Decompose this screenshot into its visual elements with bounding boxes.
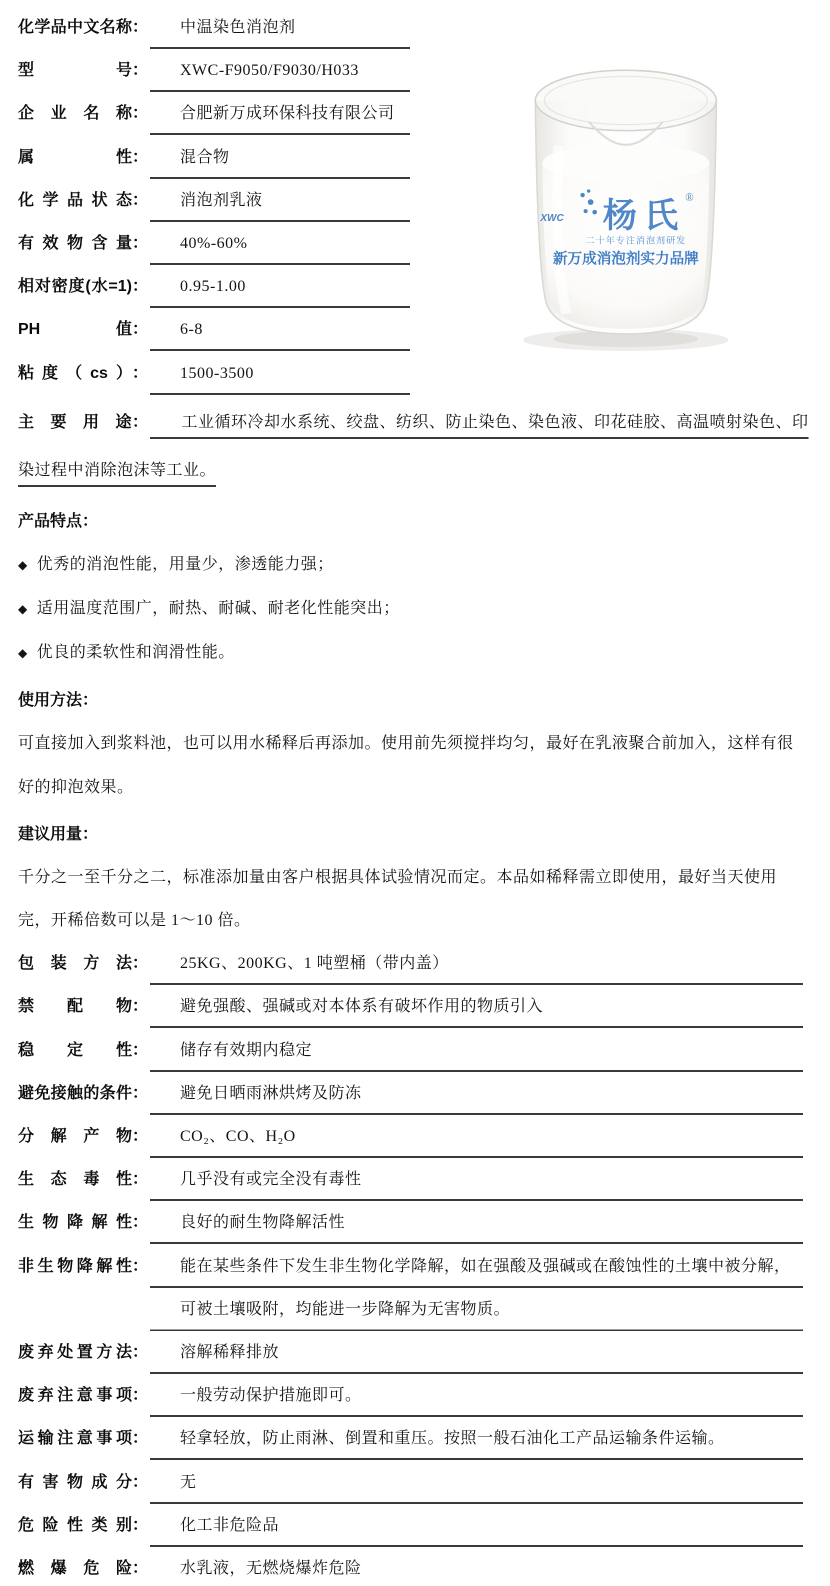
section-heading: 建议用量： <box>18 813 803 856</box>
feature-bullet-text: 适用温度范围广，耐热、耐碱、耐老化性能突出； <box>37 600 400 617</box>
field-row: 废弃处置方法：溶解稀释排放 <box>18 1331 803 1374</box>
field-label: 生物降解性： <box>18 1201 150 1244</box>
field-label: 非生物降解性： <box>18 1245 150 1288</box>
field-label-text: 废弃处置方法 <box>18 1331 132 1374</box>
product-spec-sheet: 化学品中文名称：中温染色消泡剂型号：XWC-F9050/F9030/H033企业… <box>0 0 830 1586</box>
bottom-field-list: 包装方法：25KG、200KG、1 吨塑桶（带内盖）禁配物：避免强酸、强碱或对本… <box>18 942 803 1586</box>
field-value: 水乳液，无燃烧爆炸危险 <box>150 1547 803 1586</box>
field-value: 0.95-1.00 <box>150 265 410 308</box>
label-colon: ： <box>132 985 148 1028</box>
field-label: 稳定性： <box>18 1029 150 1072</box>
field-label: 燃爆危险： <box>18 1547 150 1586</box>
field-value: 避免强酸、强碱或对本体系有破坏作用的物质引入 <box>150 985 803 1028</box>
field-value: 几乎没有或完全没有毒性 <box>150 1158 803 1201</box>
field-label: 避免接触的条件： <box>18 1072 150 1115</box>
field-value: 化工非危险品 <box>150 1504 803 1547</box>
diamond-bullet-icon: ◆ <box>18 646 28 660</box>
field-label-text: 型号 <box>18 49 132 92</box>
field-label: 有效物含量： <box>18 222 150 265</box>
diamond-bullet-icon: ◆ <box>18 558 28 572</box>
brand-name: 杨氏 <box>603 197 685 235</box>
label-colon: ： <box>132 179 148 222</box>
label-colon: ： <box>132 1115 148 1158</box>
field-row: 生态毒性：几乎没有或完全没有毒性 <box>18 1158 803 1201</box>
field-label: 禁配物： <box>18 985 150 1028</box>
label-colon: ： <box>132 1072 148 1115</box>
field-label: 粘度（cs）： <box>18 352 150 395</box>
field-value: 25KG、200KG、1 吨塑桶（带内盖） <box>150 942 803 985</box>
field-label: PH值： <box>18 308 150 351</box>
field-label: 废弃注意事项： <box>18 1374 150 1417</box>
section-paragraph: 可直接加入到浆料池，也可以用水稀释后再添加。使用前先须搅拌均匀，最好在乳液聚合前… <box>18 722 803 808</box>
field-label-text: 相对密度(水=1) <box>18 265 132 308</box>
field-label-text: 分解产物 <box>18 1115 132 1158</box>
field-value: 良好的耐生物降解活性 <box>150 1201 803 1244</box>
field-row: 分解产物：CO₂、CO、H₂O <box>18 1115 803 1158</box>
field-label: 分解产物： <box>18 1115 150 1158</box>
label-colon: ： <box>132 1029 148 1072</box>
field-value: XWC-F9050/F9030/H033 <box>150 49 410 92</box>
section-paragraph: 千分之一至千分之二，标准添加量由客户根据具体试验情况而定。本品如稀释需立即使用，… <box>18 856 803 942</box>
field-label-text: 化学品状态 <box>18 179 132 222</box>
field-row: 包装方法：25KG、200KG、1 吨塑桶（带内盖） <box>18 942 803 985</box>
field-value: 无 <box>150 1461 803 1504</box>
label-colon: ： <box>132 1201 148 1244</box>
feature-bullet-text: 优良的柔软性和润滑性能。 <box>37 644 235 661</box>
feature-bullet: ◆优秀的消泡性能，用量少，渗透能力强； <box>18 543 803 587</box>
field-value: 轻拿轻放，防止雨淋、倒置和重压。按照一般石油化工产品运输条件运输。 <box>150 1417 803 1460</box>
feature-bullet-text: 优秀的消泡性能，用量少，渗透能力强； <box>37 556 334 573</box>
product-photo-beaker: XWC 杨氏 ® 二十年专注消泡剂研发 新万成消泡剂实力品牌 <box>498 20 800 354</box>
logo-text-xwc: XWC <box>539 213 564 224</box>
field-label-text: 包装方法 <box>18 942 132 985</box>
label-colon: ： <box>132 1158 148 1201</box>
section-heading: 使用方法： <box>18 679 803 722</box>
label-colon: ： <box>132 265 148 308</box>
field-row: 生物降解性：良好的耐生物降解活性 <box>18 1201 803 1244</box>
brand-banner: 新万成消泡剂实力品牌 <box>553 249 699 267</box>
field-label: 属性： <box>18 136 150 179</box>
field-label-text: 运输注意事项 <box>18 1417 132 1460</box>
field-label-text: 化学品中文名称 <box>18 6 132 49</box>
label-colon: ： <box>132 136 148 179</box>
logo-dot <box>588 199 594 205</box>
field-label: 危险性类别： <box>18 1504 150 1547</box>
label-colon: ： <box>132 399 149 448</box>
field-value: 1500-3500 <box>150 352 410 395</box>
field-value: 避免日晒雨淋烘烤及防冻 <box>150 1072 803 1115</box>
section-heading: 产品特点： <box>18 500 803 543</box>
label-colon: ： <box>132 942 148 985</box>
field-label-text: PH值 <box>18 308 132 351</box>
field-row: 稳定性：储存有效期内稳定 <box>18 1029 803 1072</box>
field-value: 中温染色消泡剂 <box>150 6 410 49</box>
field-row: 粘度（cs）：1500-3500 <box>18 352 803 395</box>
logo-dot <box>592 210 597 215</box>
field-row: 避免接触的条件：避免日晒雨淋烘烤及防冻 <box>18 1072 803 1115</box>
field-value: 混合物 <box>150 136 410 179</box>
label-colon: ： <box>132 352 148 395</box>
diamond-bullet-icon: ◆ <box>18 602 28 616</box>
label-colon: ： <box>132 1461 148 1504</box>
label-colon: ： <box>132 92 148 135</box>
beaker-rim <box>535 70 716 130</box>
field-row: 燃爆危险：水乳液，无燃烧爆炸危险 <box>18 1547 803 1586</box>
field-value: 合肥新万成环保科技有限公司 <box>150 92 410 135</box>
field-label: 化学品中文名称： <box>18 6 150 49</box>
field-value: CO₂、CO、H₂O <box>150 1115 803 1158</box>
field-row: 非生物降解性：能在某些条件下发生非生物化学降解，如在强酸及强碱或在酸蚀性的土壤中… <box>18 1245 803 1331</box>
field-label: 相对密度(水=1)： <box>18 265 150 308</box>
field-value: 储存有效期内稳定 <box>150 1029 803 1072</box>
field-value: 一般劳动保护措施即可。 <box>150 1374 803 1417</box>
text-sections: 产品特点：◆优秀的消泡性能，用量少，渗透能力强；◆适用温度范围广，耐热、耐碱、耐… <box>18 500 803 942</box>
field-value: 能在某些条件下发生非生物化学降解，如在强酸及强碱或在酸蚀性的土壤中被分解，可被土… <box>150 1245 803 1331</box>
label-colon: ： <box>132 1547 148 1586</box>
field-value: 6-8 <box>150 308 410 351</box>
logo-dot <box>584 209 588 213</box>
field-label-text: 燃爆危险 <box>18 1547 132 1586</box>
field-label-text: 生态毒性 <box>18 1158 132 1201</box>
field-label: 主要用途： <box>18 399 150 448</box>
field-row-main-use: 主要用途：工业循环冷却水系统、绞盘、纺织、防止染色、染色液、印花硅胶、高温喷射染… <box>18 399 817 496</box>
label-colon: ： <box>132 1417 148 1460</box>
feature-bullet: ◆适用温度范围广，耐热、耐碱、耐老化性能突出； <box>18 587 803 631</box>
field-label: 包装方法： <box>18 942 150 985</box>
field-label-text: 粘度（cs） <box>18 352 132 395</box>
field-value: 消泡剂乳液 <box>150 179 410 222</box>
field-value: 40%-60% <box>150 222 410 265</box>
field-label-text: 稳定性 <box>18 1029 132 1072</box>
field-row: 废弃注意事项：一般劳动保护措施即可。 <box>18 1374 803 1417</box>
label-colon: ： <box>132 1331 148 1374</box>
label-colon: ： <box>132 1504 148 1547</box>
label-colon: ： <box>132 49 148 92</box>
field-label-text: 废弃注意事项 <box>18 1374 132 1417</box>
field-label: 型号： <box>18 49 150 92</box>
field-label-text: 企业名称 <box>18 92 132 135</box>
label-colon: ： <box>132 222 148 265</box>
field-label: 运输注意事项： <box>18 1417 150 1460</box>
field-label-text: 生物降解性 <box>18 1201 132 1244</box>
feature-bullet: ◆优良的柔软性和润滑性能。 <box>18 631 803 675</box>
field-label-text: 有效物含量 <box>18 222 132 265</box>
field-row: 有害物成分：无 <box>18 1461 803 1504</box>
beaker-illustration: XWC 杨氏 ® 二十年专注消泡剂研发 新万成消泡剂实力品牌 <box>498 20 800 354</box>
field-value: 溶解稀释排放 <box>150 1331 803 1374</box>
field-label-text: 非生物降解性 <box>18 1245 132 1288</box>
field-label-text: 属性 <box>18 136 132 179</box>
field-label: 生态毒性： <box>18 1158 150 1201</box>
logo-dot <box>580 193 584 197</box>
logo-dot <box>587 189 590 192</box>
field-label-text: 避免接触的条件 <box>18 1072 132 1115</box>
field-label-text: 有害物成分 <box>18 1461 132 1504</box>
field-label: 企业名称： <box>18 92 150 135</box>
field-row: 运输注意事项：轻拿轻放，防止雨淋、倒置和重压。按照一般石油化工产品运输条件运输。 <box>18 1417 803 1460</box>
field-row: 禁配物：避免强酸、强碱或对本体系有破坏作用的物质引入 <box>18 985 803 1028</box>
field-label-text: 主要用途 <box>18 399 132 448</box>
label-colon: ： <box>132 6 148 49</box>
field-row: 危险性类别：化工非危险品 <box>18 1504 803 1547</box>
label-colon: ： <box>132 1374 148 1417</box>
logo-tagline: 二十年专注消泡剂研发 <box>586 234 687 245</box>
label-colon: ： <box>132 1245 148 1288</box>
field-label: 有害物成分： <box>18 1461 150 1504</box>
field-label: 化学品状态： <box>18 179 150 222</box>
field-label-text: 禁配物 <box>18 985 132 1028</box>
liquid-surface <box>542 144 709 182</box>
field-label-text: 危险性类别 <box>18 1504 132 1547</box>
label-colon: ： <box>132 308 148 351</box>
field-label: 废弃处置方法： <box>18 1331 150 1374</box>
registered-mark-icon: ® <box>685 192 693 204</box>
